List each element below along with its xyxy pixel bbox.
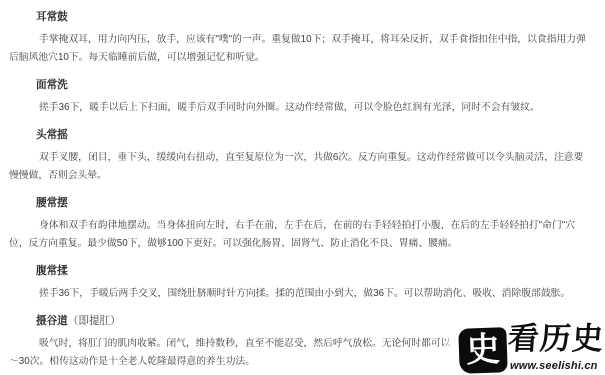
section-heading-title: 腰常摆 (36, 197, 68, 209)
seal-icon: 史 (458, 327, 508, 374)
section-paragraph: 手掌掩双耳，用力向内压，放手，应该有"噗"的一声。重复做10下；双手掩耳，将耳朵… (9, 31, 601, 67)
section-paragraph: 身体和双手有韵律地摆动。当身体扭向左时，右手在前，左手在后，在前的右手轻轻拍打小… (9, 217, 601, 253)
article-section: 面常洗 搓手36下，暖手以后上下扫面，暖手后双手同时向外圈。这动作经常做，可以令… (9, 76, 601, 117)
article-section: 耳常鼓 手掌掩双耳，用力向内压，放手，应该有"噗"的一声。重复做10下；双手掩耳… (9, 8, 601, 67)
section-heading: 面常洗 (9, 76, 601, 94)
section-heading: 腹常揉 (9, 262, 601, 280)
section-heading-title: 摄谷道 (36, 315, 68, 327)
article-section: 腹常揉 搓手36下，手暖后两手交叉，围绕肚脐顺时针方向揉。揉的范围由小到大，做3… (9, 262, 601, 303)
article-section: 头常摇 双手叉腰，闭目，垂下头，缓缓向右扭动，直至复原位为一次，共做6次。反方向… (9, 126, 601, 185)
article-section: 腰常摆 身体和双手有韵律地摆动。当身体扭向左时，右手在前，左手在后，在前的右手轻… (9, 194, 601, 253)
section-paragraph: 双手叉腰，闭目，垂下头，缓缓向右扭动，直至复原位为一次，共做6次。反方向重复。这… (9, 149, 601, 185)
watermark-brand: 看历史 (507, 320, 605, 358)
section-paragraph: 搓手36下，手暖后两手交叉，围绕肚脐顺时针方向揉。揉的范围由小到大，做36下。可… (9, 285, 601, 303)
section-heading-title: 面常洗 (36, 79, 68, 91)
section-heading-title: 腹常揉 (36, 265, 68, 277)
section-heading: 头常摇 (9, 126, 601, 144)
site-watermark: 史 看历史 www.seelishi.cn (453, 319, 605, 375)
section-heading: 耳常鼓 (9, 8, 601, 26)
section-heading-title: 耳常鼓 (36, 11, 68, 23)
section-heading-title: 头常摇 (36, 129, 68, 141)
section-paragraph: 搓手36下，暖手以后上下扫面，暖手后双手同时向外圈。这动作经常做，可以令脸色红润… (9, 99, 601, 117)
watermark-url: www.seelishi.cn (510, 360, 598, 372)
seal-character: 史 (458, 327, 508, 374)
section-heading: 腰常摆 (9, 194, 601, 212)
section-heading-note: （即提肛） (68, 315, 121, 327)
health-article: 耳常鼓 手掌掩双耳，用力向内压，放手，应该有"噗"的一声。重复做10下；双手掩耳… (0, 0, 605, 371)
